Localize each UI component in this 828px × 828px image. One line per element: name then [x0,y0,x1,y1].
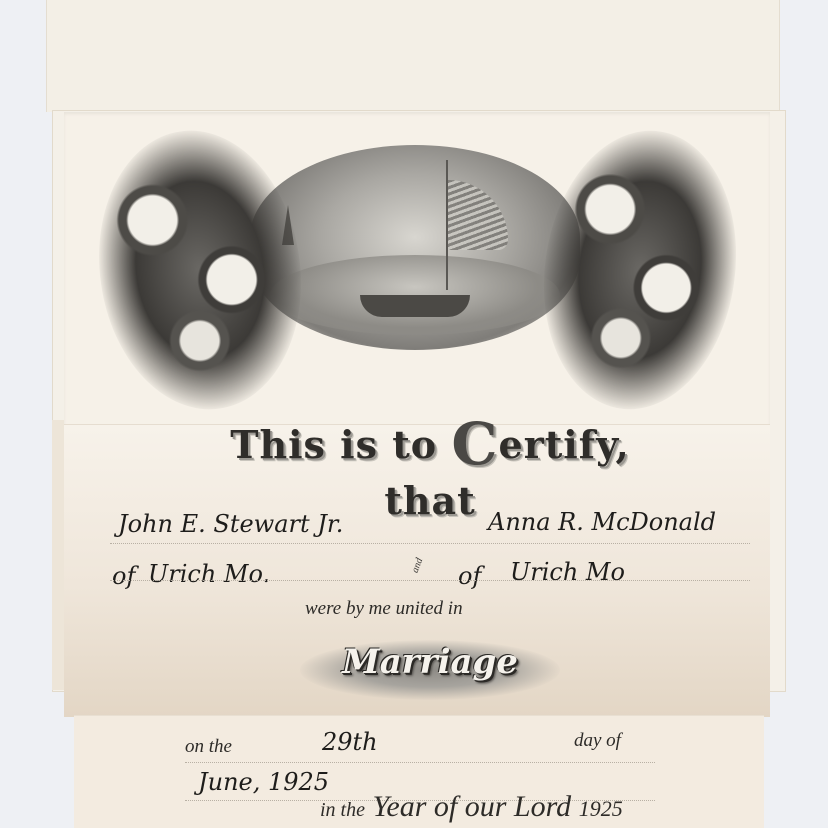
names-rule [110,543,750,544]
bride-residence-prefix: of [458,562,481,590]
united-text: were by me united in [305,598,463,620]
heading-initial: C [451,410,498,478]
day-suffix: day of [574,730,621,752]
groom-name: John E. Stewart Jr. [118,510,343,538]
day-value: 29th [322,728,378,756]
year-line-year: 1925 [579,796,623,821]
groom-residence-prefix: of [112,562,135,590]
heading-prefix: This is to [230,422,437,467]
marriage-title: Marriage [300,642,560,682]
date-prefix: on the [185,736,232,758]
year-of-lord-line: in the Year of our Lord 1925 [320,790,623,824]
certificate-heading: This is to Certify, that [220,410,640,523]
day-rule [185,762,655,763]
paper-top-fold [46,0,780,112]
month-year-value: June, 1925 [198,768,329,796]
year-line-printed: Year of our Lord [373,790,572,823]
residence-rule [110,580,750,581]
mast-illustration [446,160,448,290]
boat-illustration [360,295,470,317]
year-line-prefix: in the [320,799,365,821]
groom-residence: Urich Mo. [148,560,270,588]
bride-name: Anna R. McDonald [488,508,716,536]
bride-residence: Urich Mo [510,558,625,586]
